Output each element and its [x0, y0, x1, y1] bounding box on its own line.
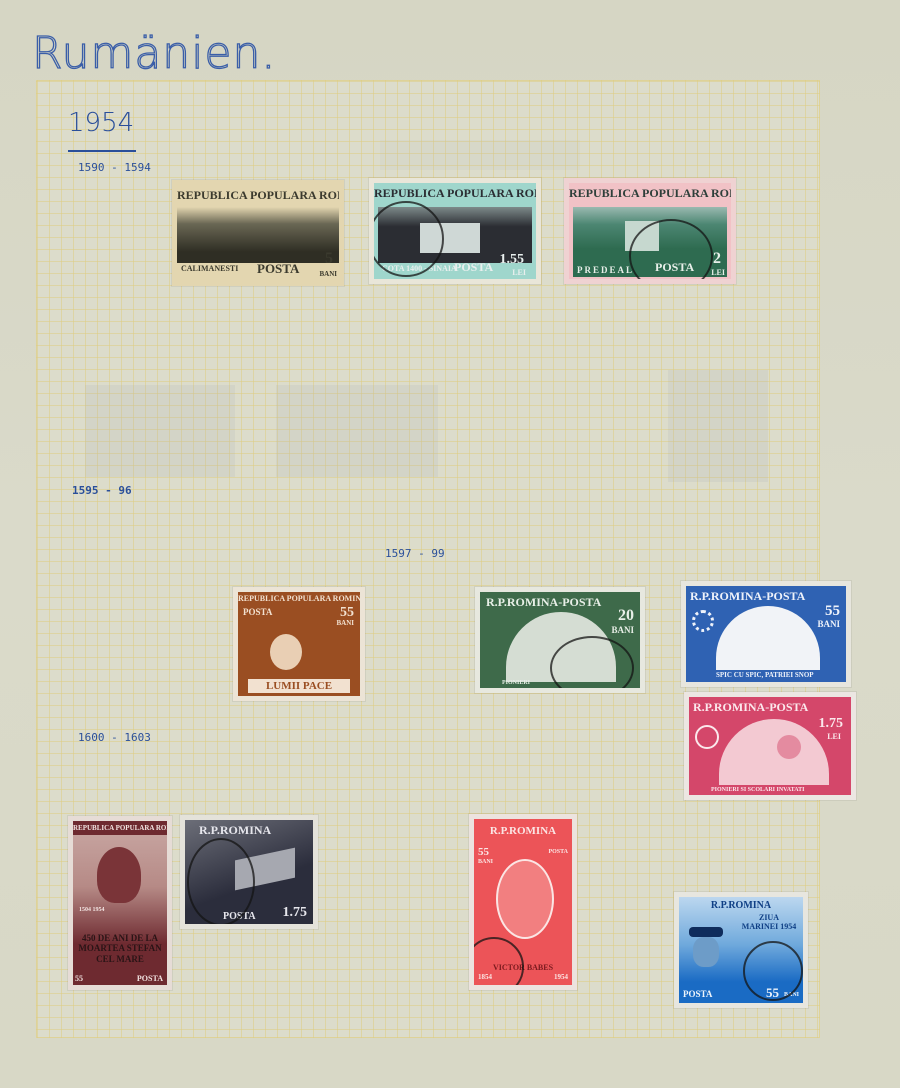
stamp-header: R.P.ROMINA-POSTA: [690, 589, 846, 604]
stamp-unit: BANI: [817, 620, 840, 629]
postmark: [187, 838, 255, 924]
stamp-unit: BANI: [319, 271, 337, 278]
stamp-posta: POSTA: [257, 261, 299, 277]
globe-icon: [777, 735, 801, 759]
stamp-unit: LEI: [827, 733, 841, 741]
ghost-stamp-outline: [85, 385, 235, 477]
child-portrait: [270, 634, 302, 670]
sunflower-icon: [692, 610, 714, 632]
stamp-value: 55: [340, 606, 354, 620]
stamp-caption: PREDEAL: [577, 265, 634, 275]
stamp-value: 5: [325, 251, 333, 267]
stamp-value: 1.75: [819, 717, 844, 731]
stamp-value: 20: [618, 608, 634, 624]
stamp-scene: [716, 606, 820, 670]
stamp-header: R.P.ROMINA-POSTA: [486, 595, 640, 610]
stamp-header: R.P.ROMINA-POSTA: [693, 700, 851, 715]
stamp-sinaia[interactable]: REPUBLICA POPULARA ROMANA COTA 1400 - SI…: [369, 178, 541, 284]
postmark: [474, 937, 524, 985]
stamp-scene: [719, 719, 829, 785]
stamp-unit: BANI: [336, 620, 354, 627]
stamp-header: REPUBLICA POPULARA ROMANA: [177, 188, 339, 203]
stamp-year-right: 1954: [554, 973, 568, 981]
stamp-header: REPUBLICA POPULARA ROMANA: [374, 186, 536, 201]
ghost-stamp-outline: [668, 370, 768, 482]
stamp-header: R.P.ROMINA: [199, 823, 313, 838]
stamp-years: 1504 1954: [79, 907, 105, 913]
stamp-lumii-pace[interactable]: REPUBLICA POPULARA ROMINA POSTA 55 BANI …: [233, 587, 365, 701]
catalog-range-label: 1590 - 1594: [78, 161, 151, 174]
catalog-range-label: 1600 - 1603: [78, 731, 151, 744]
stamp-header: REPUBLICA POPULARA ROMINA: [238, 594, 360, 603]
postmark: [743, 941, 803, 1001]
stamp-caption: PIONIERI SI SCOLARI INVATATI: [711, 787, 804, 793]
stamp-caption: CALIMANESTI: [181, 264, 238, 273]
stamp-unit: BANI: [478, 859, 493, 865]
stamp-posta: POSTA: [137, 974, 163, 983]
stamp-unit: LEI: [711, 269, 725, 277]
stamp-caption: SPIC CU SPIC, PATRIEI SNOP: [716, 671, 814, 679]
stamp-value: 55: [825, 604, 840, 619]
babes-portrait: [496, 859, 554, 939]
stamp-value: 55: [75, 974, 83, 983]
stamp-railway-175[interactable]: R.P.ROMINA POSTA 1.75: [180, 815, 318, 929]
stamp-unit: LEI: [512, 269, 526, 277]
album-page: Rumänien. 1954 1590 - 1594 1595 - 96 159…: [0, 0, 900, 1088]
postmark: [550, 636, 634, 688]
stamp-caption: ZIUA MARINEI 1954: [741, 913, 797, 931]
stamp-unit: BANI: [611, 626, 634, 635]
stamp-value: 2: [713, 251, 721, 267]
stamp-overprint: 450 DE ANI DE LA MOARTEA STEFAN CEL MARE: [77, 933, 163, 964]
ghost-stamp-outline: [276, 385, 438, 477]
warrior-portrait: [97, 847, 141, 903]
stamp-header: R.P.ROMINA: [474, 825, 572, 837]
stamp-header: REPUBLICA POPULARA ROMANA: [569, 186, 731, 201]
stamp-ziua-marinei[interactable]: R.P.ROMINA ZIUA MARINEI 1954 POSTA 55 BA…: [674, 892, 808, 1008]
sailor-cap: [689, 927, 723, 937]
ghost-stamp-outline: [380, 140, 580, 170]
year-heading: 1954: [68, 108, 134, 138]
stamp-value: 1.75: [283, 906, 308, 920]
stamp-header: REPUBLICA POPULARA ROMINA: [73, 821, 167, 835]
stamp-posta: POSTA: [548, 849, 568, 855]
stamp-banner: LUMII PACE: [248, 679, 350, 693]
year-underline: [68, 150, 136, 152]
coat-of-arms-icon: [695, 725, 719, 749]
stamp-calimanesti[interactable]: REPUBLICA POPULARA ROMANA CALIMANESTI PO…: [172, 180, 344, 286]
stamp-posta: POSTA: [683, 989, 712, 999]
stamp-pionieri-175[interactable]: R.P.ROMINA-POSTA 1.75 LEI PIONIERI SI SC…: [684, 692, 856, 800]
stamp-posta: POSTA: [454, 260, 493, 275]
stamp-header: R.P.ROMINA: [679, 900, 803, 911]
stamp-value: 1.55: [500, 253, 525, 267]
catalog-range-label: 1595 - 96: [72, 484, 132, 497]
stamp-posta: POSTA: [243, 607, 272, 617]
stamp-stefan-cel-mare[interactable]: REPUBLICA POPULARA ROMINA 1504 1954 450 …: [68, 816, 172, 990]
catalog-range-label: 1597 - 99: [385, 547, 445, 560]
page-title: Rumänien.: [32, 28, 276, 79]
stamp-victor-babes[interactable]: R.P.ROMINA 55 BANI POSTA VICTOR BABES 18…: [469, 814, 577, 990]
stamp-predeal[interactable]: REPUBLICA POPULARA ROMANA PREDEAL POSTA …: [564, 178, 736, 284]
sailor-portrait: [693, 937, 719, 967]
stamp-pionieri-20[interactable]: R.P.ROMINA-POSTA 20 BANI PIONIERI: [475, 587, 645, 693]
stamp-scene: [177, 207, 339, 263]
stamp-caption: PIONIERI: [502, 680, 530, 686]
stamp-spic-cu-spic[interactable]: R.P.ROMINA-POSTA 55 BANI SPIC CU SPIC, P…: [681, 581, 851, 687]
stamp-value: 55: [478, 847, 489, 858]
